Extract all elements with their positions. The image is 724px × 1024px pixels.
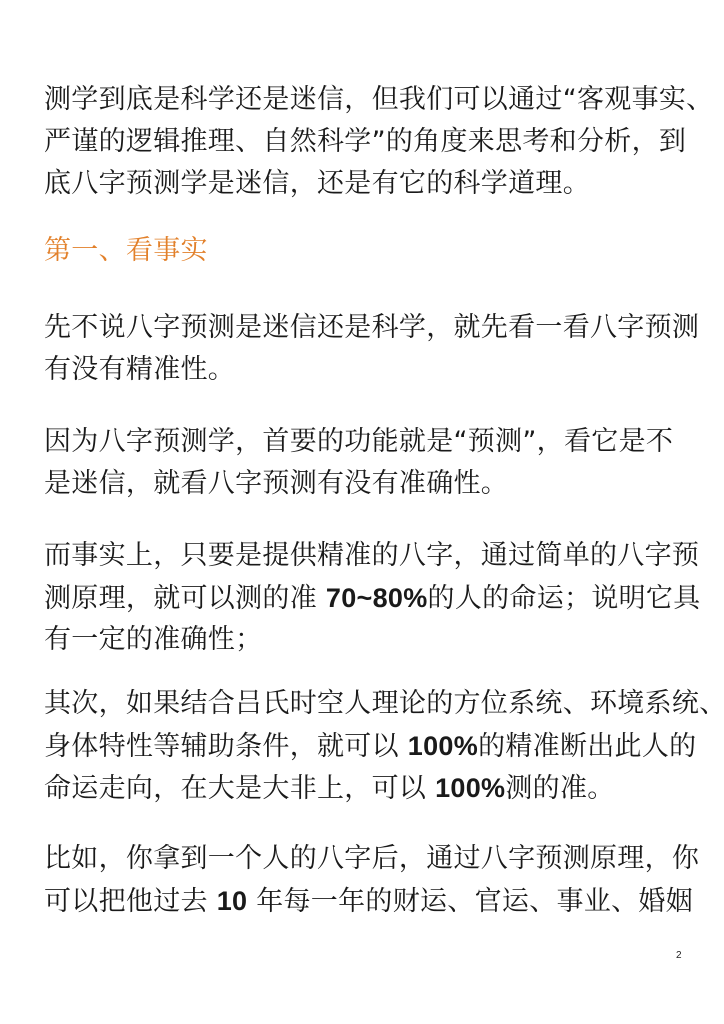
paragraph-line: 底八字预测学是迷信，还是有它的科学道理。 (44, 163, 590, 205)
text-span: 命运走向，在大是大非上，可以 (44, 773, 435, 804)
paragraph-line: 有没有精准性。 (44, 349, 235, 391)
paragraph-line: 因为八字预测学，首要的功能就是“预测”，看它是不 (44, 421, 673, 463)
text-span: 年每一年的财运、官运、事业、婚姻 (247, 886, 693, 917)
page-number: 2 (676, 950, 682, 961)
paragraph-line: 测原理，就可以测的准 70~80%的人的命运；说明它具 (44, 577, 701, 620)
paragraph-line: 其次，如果结合吕氏时空人理论的方位系统、环境系统、 (44, 683, 724, 725)
bold-percentage: 100% (408, 731, 478, 761)
paragraph-line: 先不说八字预测是迷信还是科学，就先看一看八字预测 (44, 307, 699, 349)
paragraph-line: 身体特性等辅助条件，就可以 100%的精准断出此人的 (44, 725, 696, 768)
text-span: 测的准。 (505, 773, 614, 804)
paragraph-line: 命运走向，在大是大非上，可以 100%测的准。 (44, 767, 615, 810)
paragraph-line: 是迷信，就看八字预测有没有准确性。 (44, 463, 508, 505)
text-span: 测原理，就可以测的准 (44, 583, 326, 614)
paragraph-line: 比如，你拿到一个人的八字后，通过八字预测原理，你 (44, 838, 699, 880)
bold-percentage: 70~80% (326, 583, 428, 613)
bold-percentage: 100% (435, 773, 505, 803)
section-heading: 第一、看事实 (44, 230, 208, 272)
paragraph-line: 严谨的逻辑推理、自然科学”的角度来思考和分析，到 (44, 121, 686, 163)
paragraph-line: 测学到底是科学还是迷信，但我们可以通过“客观事实、 (44, 79, 714, 121)
paragraph-line: 而事实上，只要是提供精准的八字，通过简单的八字预 (44, 535, 699, 577)
bold-number: 10 (217, 886, 248, 916)
text-span: 的人的命运；说明它具 (428, 583, 701, 614)
text-span: 的精准断出此人的 (478, 731, 696, 762)
paragraph-line: 可以把他过去 10 年每一年的财运、官运、事业、婚姻 (44, 880, 693, 923)
text-span: 可以把他过去 (44, 886, 217, 917)
paragraph-line: 有一定的准确性； (44, 619, 262, 661)
text-span: 身体特性等辅助条件，就可以 (44, 731, 408, 762)
